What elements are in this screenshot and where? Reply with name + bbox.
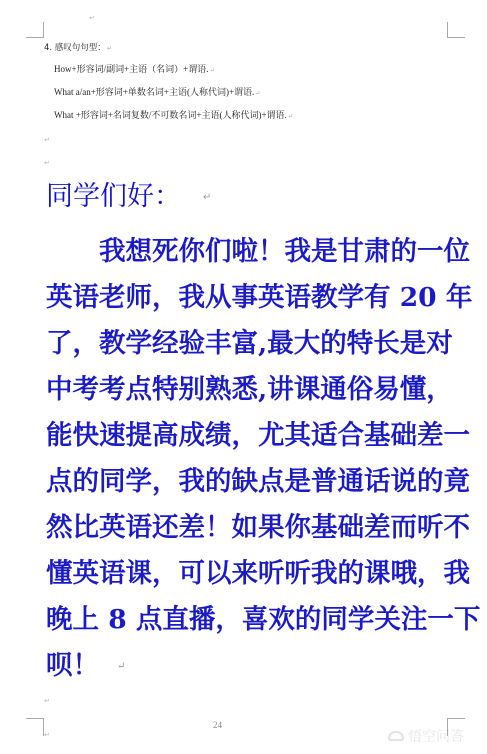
section-heading: 4. 感叹句句型：↵ bbox=[44, 43, 112, 54]
wukong-logo-icon bbox=[388, 731, 404, 741]
document-page: ↵ ↵ ↵ ↵ ↵ 4. 感叹句句型：↵ How+形容词/副词+主语（名词）+谓… bbox=[0, 0, 487, 754]
paragraph-mark: ↵ bbox=[44, 731, 50, 739]
body-paragraph: 我想死你们啦！我是甘肃的一位 英语老师，我从事英语教学有 20 年 了，教学经验… bbox=[46, 229, 450, 689]
crop-mark-top-right bbox=[447, 22, 448, 38]
greeting-heading: 同学们好：↵ bbox=[46, 180, 211, 215]
body-line: 英语老师，我从事英语教学有 20 年 bbox=[46, 275, 450, 321]
pattern-line: How+形容词/副词+主语（名词）+谓语.↵ bbox=[54, 64, 215, 77]
paragraph-mark: ↵ bbox=[44, 136, 50, 144]
pattern-line-text: How+形容词/副词+主语（名词）+谓语. bbox=[54, 64, 208, 74]
crop-mark-top-left bbox=[43, 22, 44, 38]
crop-mark-top-right-h bbox=[447, 37, 465, 38]
body-line: 然比英语还差！如果你基础差而听不 bbox=[46, 505, 450, 551]
greeting-text: 同学们好： bbox=[46, 181, 181, 212]
paragraph-mark: ↵ bbox=[288, 114, 293, 120]
crop-mark-top-left-h bbox=[26, 37, 44, 38]
pattern-line: What a/an+形容词+单数名词+主语(人称代词)+谓语.↵ bbox=[54, 87, 260, 100]
paragraph-mark: ↵ bbox=[44, 697, 50, 705]
crop-mark-bottom-right-h bbox=[447, 718, 465, 719]
paragraph-mark: ↵ bbox=[89, 14, 95, 22]
paragraph-mark: ↵ bbox=[255, 91, 260, 97]
paragraph-mark: ↵ bbox=[107, 45, 112, 52]
body-line: 能快速提高成绩，尤其适合基础差一 bbox=[46, 413, 450, 459]
body-line: 晚上 8 点直播，喜欢的同学关注一下 bbox=[46, 597, 450, 643]
paragraph-mark: ↵ bbox=[203, 192, 211, 203]
section-heading-text: 4. 感叹句句型： bbox=[44, 43, 106, 53]
paragraph-mark: ↵ bbox=[209, 68, 214, 74]
body-line: 点的同学，我的缺点是普通话说的竟 bbox=[46, 459, 450, 505]
body-line: 我想死你们啦！我是甘肃的一位 bbox=[46, 229, 450, 275]
body-line: 了，教学经验丰富,最大的特长是对 bbox=[46, 321, 450, 367]
pattern-line: What +形容词+名词复数/不可数名词+主语(人称代词)+谓语.↵ bbox=[54, 110, 293, 123]
body-line: 中考考点特别熟悉,讲课通俗易懂， bbox=[46, 367, 450, 413]
watermark: 悟空问答 bbox=[388, 726, 464, 746]
body-line-text: 呗！ bbox=[46, 650, 99, 681]
crop-mark-bottom-left-h bbox=[26, 718, 44, 719]
paragraph-mark: ↵ bbox=[117, 661, 125, 672]
pattern-line-text: What a/an+形容词+单数名词+主语(人称代词)+谓语. bbox=[54, 87, 254, 97]
paragraph-mark: ↵ bbox=[44, 159, 50, 167]
watermark-text: 悟空问答 bbox=[408, 726, 464, 746]
pattern-line-text: What +形容词+名词复数/不可数名词+主语(人称代词)+谓语. bbox=[54, 110, 287, 120]
body-line: 懂英语课，可以来听听我的课哦，我 bbox=[46, 551, 450, 597]
page-number: 24 bbox=[213, 720, 222, 730]
body-line-last: 呗！↵ bbox=[46, 643, 450, 689]
